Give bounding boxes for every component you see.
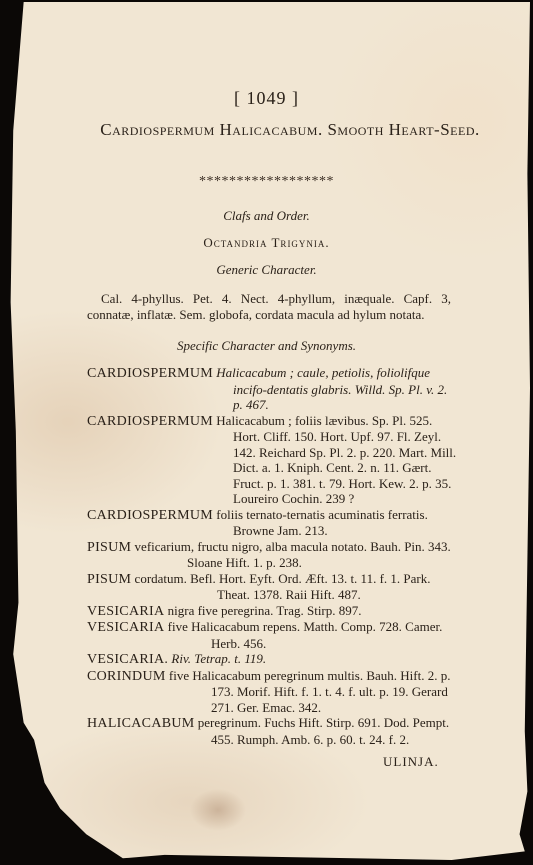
synonym-entry: VESICARIA nigra five peregrina. Trag. St… xyxy=(87,603,457,620)
ornament-row: ****************** xyxy=(0,174,533,190)
specific-character-heading: Specific Character and Synonyms. xyxy=(0,338,533,354)
synonym-text: Riv. Tetrap. t. 119. xyxy=(171,651,266,666)
synonym-text: Halicacabum ; foliis lævibus. Sp. Pl. 52… xyxy=(216,413,456,507)
synonym-entry: CARDIOSPERMUM foliis ternato-ternatis ac… xyxy=(87,507,457,539)
synonym-genus: CORINDUM xyxy=(87,669,166,684)
synonym-genus: CARDIOSPERMUM xyxy=(87,414,213,429)
synonym-entry: HALICACABUM peregrinum. Fuchs Hift. Stir… xyxy=(87,715,457,747)
synonym-entry: CARDIOSPERMUM Halicacabum ; caule, petio… xyxy=(87,365,457,413)
synonym-list: CARDIOSPERMUM Halicacabum ; caule, petio… xyxy=(87,365,457,747)
synonym-genus: VESICARIA. xyxy=(87,652,168,667)
catchword: ULINJA. xyxy=(383,754,439,770)
synonym-text: five Halicacabum repens. Matth. Comp. 72… xyxy=(168,619,443,651)
synonym-genus: CARDIOSPERMUM xyxy=(87,366,213,381)
synonym-entry: PISUM veficarium, fructu nigro, alba mac… xyxy=(87,539,457,571)
synonym-entry: CORINDUM five Halicacabum peregrinum mul… xyxy=(87,668,457,716)
synonym-text: cordatum. Befl. Hort. Eyft. Ord. Æft. 13… xyxy=(135,571,431,603)
class-order-heading: Clafs and Order. xyxy=(0,208,533,224)
synonym-genus: CARDIOSPERMUM xyxy=(87,508,213,523)
synonym-entry: CARDIOSPERMUM Halicacabum ; foliis lævib… xyxy=(87,413,457,507)
synonym-genus: PISUM xyxy=(87,540,131,555)
synonym-text: foliis ternato-ternatis acuminatis ferra… xyxy=(216,507,428,539)
synonym-genus: PISUM xyxy=(87,572,131,587)
page-number: [ 1049 ] xyxy=(0,88,533,109)
synonym-text: five Halicacabum peregrinum multis. Bauh… xyxy=(169,668,451,715)
synonym-genus: HALICACABUM xyxy=(87,716,195,731)
synonym-text: peregrinum. Fuchs Hift. Stirp. 691. Dod.… xyxy=(198,715,449,747)
class-order-value: Octandria Trigynia. xyxy=(0,235,533,251)
synonym-text: Halicacabum ; caule, petiolis, foliolifq… xyxy=(216,365,447,412)
generic-character-heading: Generic Character. xyxy=(0,262,533,278)
synonym-text: nigra five peregrina. Trag. Stirp. 897. xyxy=(168,603,362,618)
page-title: Cardiospermum Halicacabum. Smooth Heart-… xyxy=(60,118,520,142)
generic-character-text: Cal. 4-phyllus. Pet. 4. Nect. 4-phyllum,… xyxy=(87,291,451,323)
synonym-text: veficarium, fructu nigro, alba macula no… xyxy=(135,539,451,571)
synonym-entry: PISUM cordatum. Befl. Hort. Eyft. Ord. Æ… xyxy=(87,571,457,603)
synonym-genus: VESICARIA xyxy=(87,604,164,619)
synonym-genus: VESICARIA xyxy=(87,620,164,635)
synonym-entry: VESICARIA. Riv. Tetrap. t. 119. xyxy=(87,651,457,668)
synonym-entry: VESICARIA five Halicacabum repens. Matth… xyxy=(87,619,457,651)
